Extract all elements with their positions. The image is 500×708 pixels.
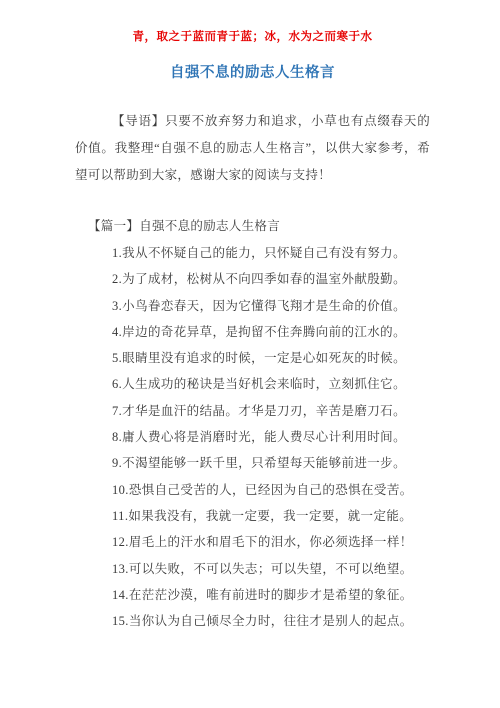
quote-item: 9.不渴望能够一跃千里，只希望每天能够前进一步。	[75, 450, 430, 476]
quote-item: 10.恐惧自己受苦的人，已经因为自己的恐惧在受苦。	[75, 477, 430, 503]
quote-item: 15.当你认为自己倾尽全力时，往往才是别人的起点。	[75, 608, 430, 634]
quote-item: 14.在茫茫沙漠，唯有前进时的脚步才是希望的象征。	[75, 582, 430, 608]
quote-item: 2.为了成材，松树从不向四季如春的温室外献殷勤。	[75, 266, 430, 292]
quote-list: 1.我从不怀疑自己的能力，只怀疑自己有没有努力。 2.为了成材，松树从不向四季如…	[75, 240, 430, 634]
quote-item: 12.眉毛上的汗水和眉毛下的泪水，你必须选择一样！	[75, 529, 430, 555]
quote-item: 4.岸边的奇花异草，是拘留不住奔腾向前的江水的。	[75, 319, 430, 345]
document-content: 青，取之于蓝而青于蓝；冰，水为之而寒于水 自强不息的励志人生格言 【导语】只要不…	[0, 0, 500, 634]
quote-item: 1.我从不怀疑自己的能力，只怀疑自己有没有努力。	[75, 240, 430, 266]
quote-item: 7.才华是血汗的结晶。才华是刀刃，辛苦是磨刀石。	[75, 398, 430, 424]
quote-item: 13.可以失败，不可以失志；可以失望，不可以绝望。	[75, 556, 430, 582]
document-page: 青，取之于蓝而青于蓝；冰，水为之而寒于水 自强不息的励志人生格言 【导语】只要不…	[0, 0, 500, 708]
quote-item: 5.眼睛里没有追求的时候，一定是心如死灰的时候。	[75, 345, 430, 371]
section-heading: 【篇一】自强不息的励志人生格言	[75, 213, 430, 240]
quote-item: 11.如果我没有，我就一定要，我一定要，就一定能。	[75, 503, 430, 529]
quote-item: 3.小鸟眷恋春天，因为它懂得飞翔才是生命的价值。	[75, 293, 430, 319]
intro-paragraph: 【导语】只要不放弃努力和追求，小草也有点缀春天的价值。我整理“自强不息的励志人生…	[75, 108, 430, 189]
quote-item: 8.庸人费心将是消磨时光，能人费尽心计利用时间。	[75, 424, 430, 450]
page-title: 自强不息的励志人生格言	[75, 62, 430, 84]
quote-item: 6.人生成功的秘诀是当好机会来临时，立刻抓住它。	[75, 371, 430, 397]
red-motto-line: 青，取之于蓝而青于蓝；冰，水为之而寒于水	[75, 29, 430, 45]
